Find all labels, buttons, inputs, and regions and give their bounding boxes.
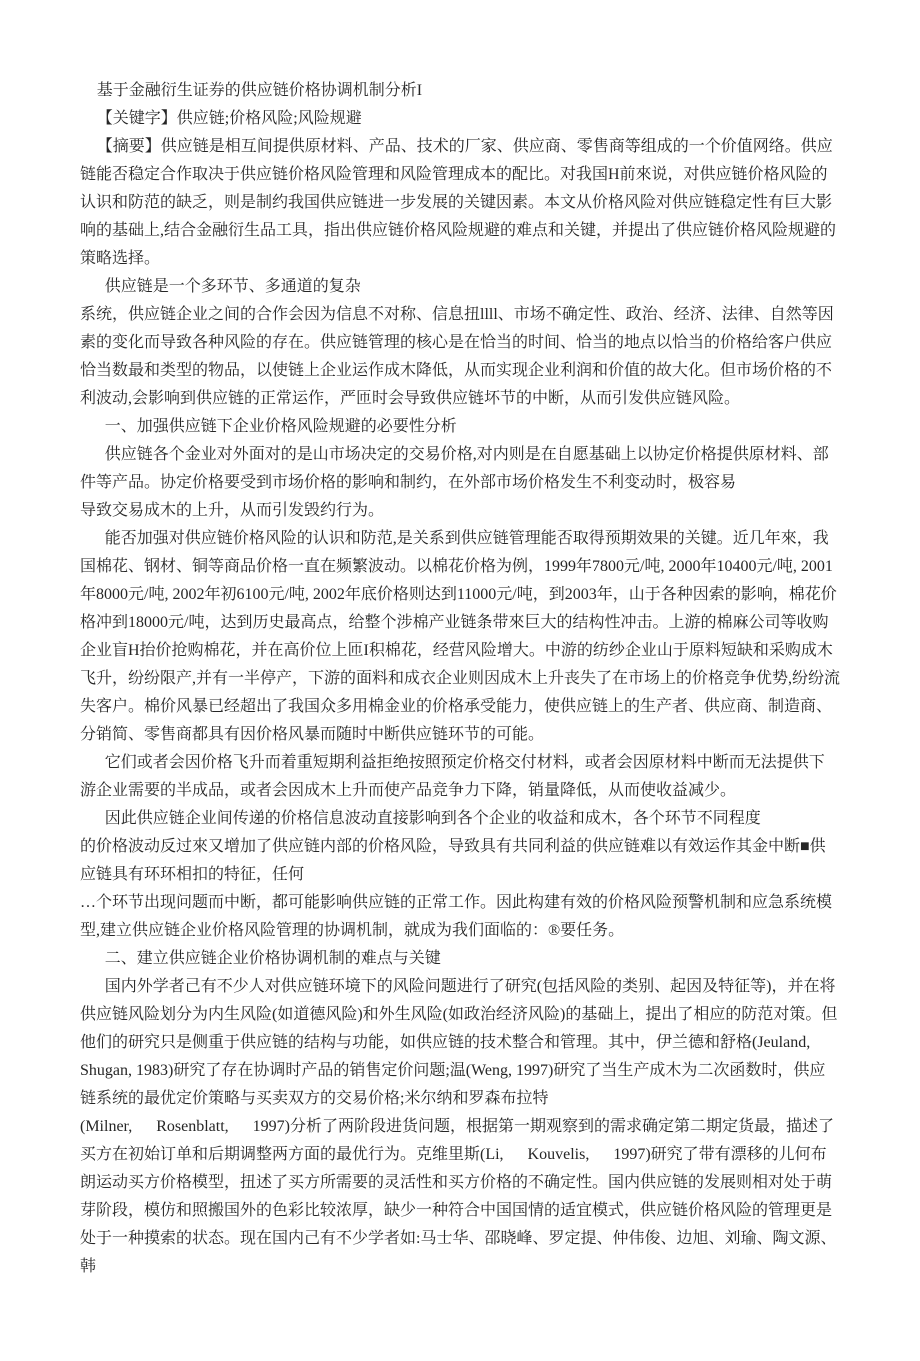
paragraph: 供应链各个金业对外面对的是山市场决定的交易价格,对内则是在自愿基础上以协定价格提… (80, 441, 840, 525)
section-heading: 二、建立供应链企业价格协调机制的难点与关键 (80, 945, 840, 973)
keywords-line: 【关键字】供应链;价格风险;风险规避 (80, 105, 840, 133)
document-body: 【摘要】供应链是相互间提供原材料、产品、技术的厂家、供应商、零售商等组成的一个价… (80, 133, 840, 1281)
paragraph: 供应链是一个多环节、多通道的复杂 系统，供应链企业之间的合作会因为信息不对称、信… (80, 273, 840, 413)
section-heading: 一、加强供应链下企业价格风险规避的必要性分析 (80, 413, 840, 441)
paragraph: 能否加强对供应链价格风险的认识和防范,是关系到供应链管理能否取得预期效果的关键。… (80, 525, 840, 749)
document-page: 基于金融衍生证券的供应链价格协调机制分析I 【关键字】供应链;价格风险;风险规避… (0, 0, 920, 1361)
paragraph: 国内外学者己有不少人对供应链环境下的风险问题进行了研究(包括风险的类别、起因及特… (80, 973, 840, 1281)
document-title: 基于金融衍生证券的供应链价格协调机制分析I (80, 77, 840, 105)
paragraph: 因此供应链企业间传递的价格信息波动直接影响到各个企业的收益和成木，各个环节不同程… (80, 805, 840, 945)
paragraph: 它们或者会因价格飞升而着重短期利益拒绝按照预定价格交付材料，或者会因原材料中断而… (80, 749, 840, 805)
paragraph: 【摘要】供应链是相互间提供原材料、产品、技术的厂家、供应商、零售商等组成的一个价… (80, 133, 840, 273)
